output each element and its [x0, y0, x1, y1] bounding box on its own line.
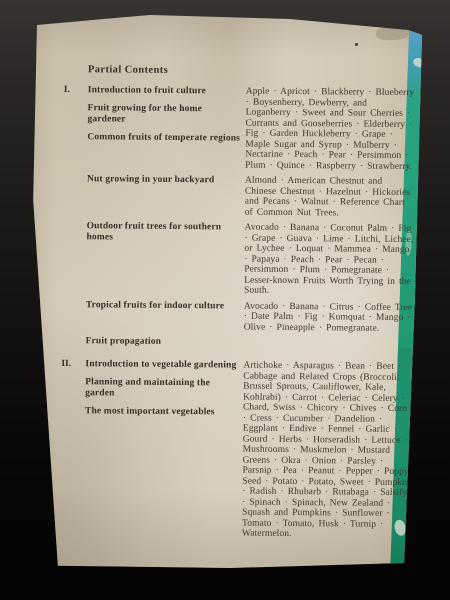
heading-outdoor-fruit-trees: Outdoor fruit trees for southern homes	[86, 221, 238, 244]
section-list: Avocado · Banana · Coconut Palm · Fig · …	[244, 223, 415, 298]
section-list: Almond · American Chestnut and Chinese C…	[245, 176, 415, 219]
tropical-fruits-list: Avocado · Banana · Citrus · Coffee Tree …	[244, 301, 414, 334]
heading-most-important-vegetables: The most important vegetables	[85, 406, 237, 418]
heading-intro-fruit-culture: Introduction to fruit culture	[88, 85, 240, 97]
heading-nut-growing: Nut growing in your backyard	[87, 174, 239, 186]
section-fruit-culture: I. Introduction to fruit culture Fruit g…	[63, 85, 416, 172]
section-labels: Introduction to vegetable gardening Plan…	[84, 359, 238, 539]
book-back-cover: Partial Contents I. Introduction to frui…	[28, 12, 426, 568]
section-labels: Introduction to fruit culture Fruit grow…	[87, 85, 240, 170]
outdoor-fruits-list: Avocado · Banana · Coconut Palm · Fig · …	[244, 223, 415, 298]
contents-text-block: Partial Contents I. Introduction to frui…	[60, 64, 416, 546]
section-vegetable-gardening: II. Introduction to vegetable gardening …	[60, 359, 414, 541]
part2-numeral: II.	[60, 359, 86, 538]
section-labels: Tropical fruits for indoor culture	[86, 300, 238, 333]
section-list: Artichoke · Asparagus · Bean · Beet · Ca…	[242, 361, 414, 541]
heading-fruit-growing-home-gardener: Fruit growing for the home gardener	[87, 103, 239, 126]
section-fruit-propagation: Fruit propagation	[61, 336, 413, 357]
vegetables-list: Artichoke · Asparagus · Bean · Beet · Ca…	[242, 361, 414, 541]
section-list-empty	[243, 338, 413, 357]
section-list: Avocado · Banana · Citrus · Coffee Tree …	[244, 301, 414, 334]
section-outdoor-fruit-trees: Outdoor fruit trees for southern homes A…	[62, 221, 415, 298]
section-labels: Nut growing in your backyard	[87, 174, 239, 217]
heading-planning-garden: Planning and maintaining the garden	[85, 377, 237, 400]
section-list: Apple · Apricot · Blackberry · Blueberry…	[245, 87, 416, 172]
section-nut-growing: Nut growing in your backyard Almond · Am…	[63, 174, 415, 219]
contents-title: Partial Contents	[88, 64, 416, 78]
numeral-spacer	[62, 221, 87, 295]
numeral-spacer	[61, 336, 85, 354]
heading-fruit-propagation: Fruit propagation	[86, 336, 238, 348]
temperate-fruits-list: Apple · Apricot · Blackberry · Blueberry…	[245, 87, 416, 172]
section-labels: Fruit propagation	[85, 336, 237, 355]
nut-list: Almond · American Chestnut and Chinese C…	[245, 176, 415, 219]
heading-tropical-fruits: Tropical fruits for indoor culture	[86, 300, 238, 312]
section-tropical-fruits: Tropical fruits for indoor culture Avoca…	[62, 299, 414, 334]
heading-common-fruits-temperate: Common fruits of temperate regions	[87, 132, 239, 144]
part1-numeral: I.	[63, 85, 88, 169]
section-labels: Outdoor fruit trees for southern homes	[86, 221, 239, 296]
jacket-speck	[355, 43, 358, 46]
heading-intro-vegetable-gardening: Introduction to vegetable gardening	[85, 359, 237, 371]
numeral-spacer	[63, 174, 87, 216]
numeral-spacer	[62, 299, 86, 331]
photo-background: Partial Contents I. Introduction to frui…	[0, 0, 450, 600]
